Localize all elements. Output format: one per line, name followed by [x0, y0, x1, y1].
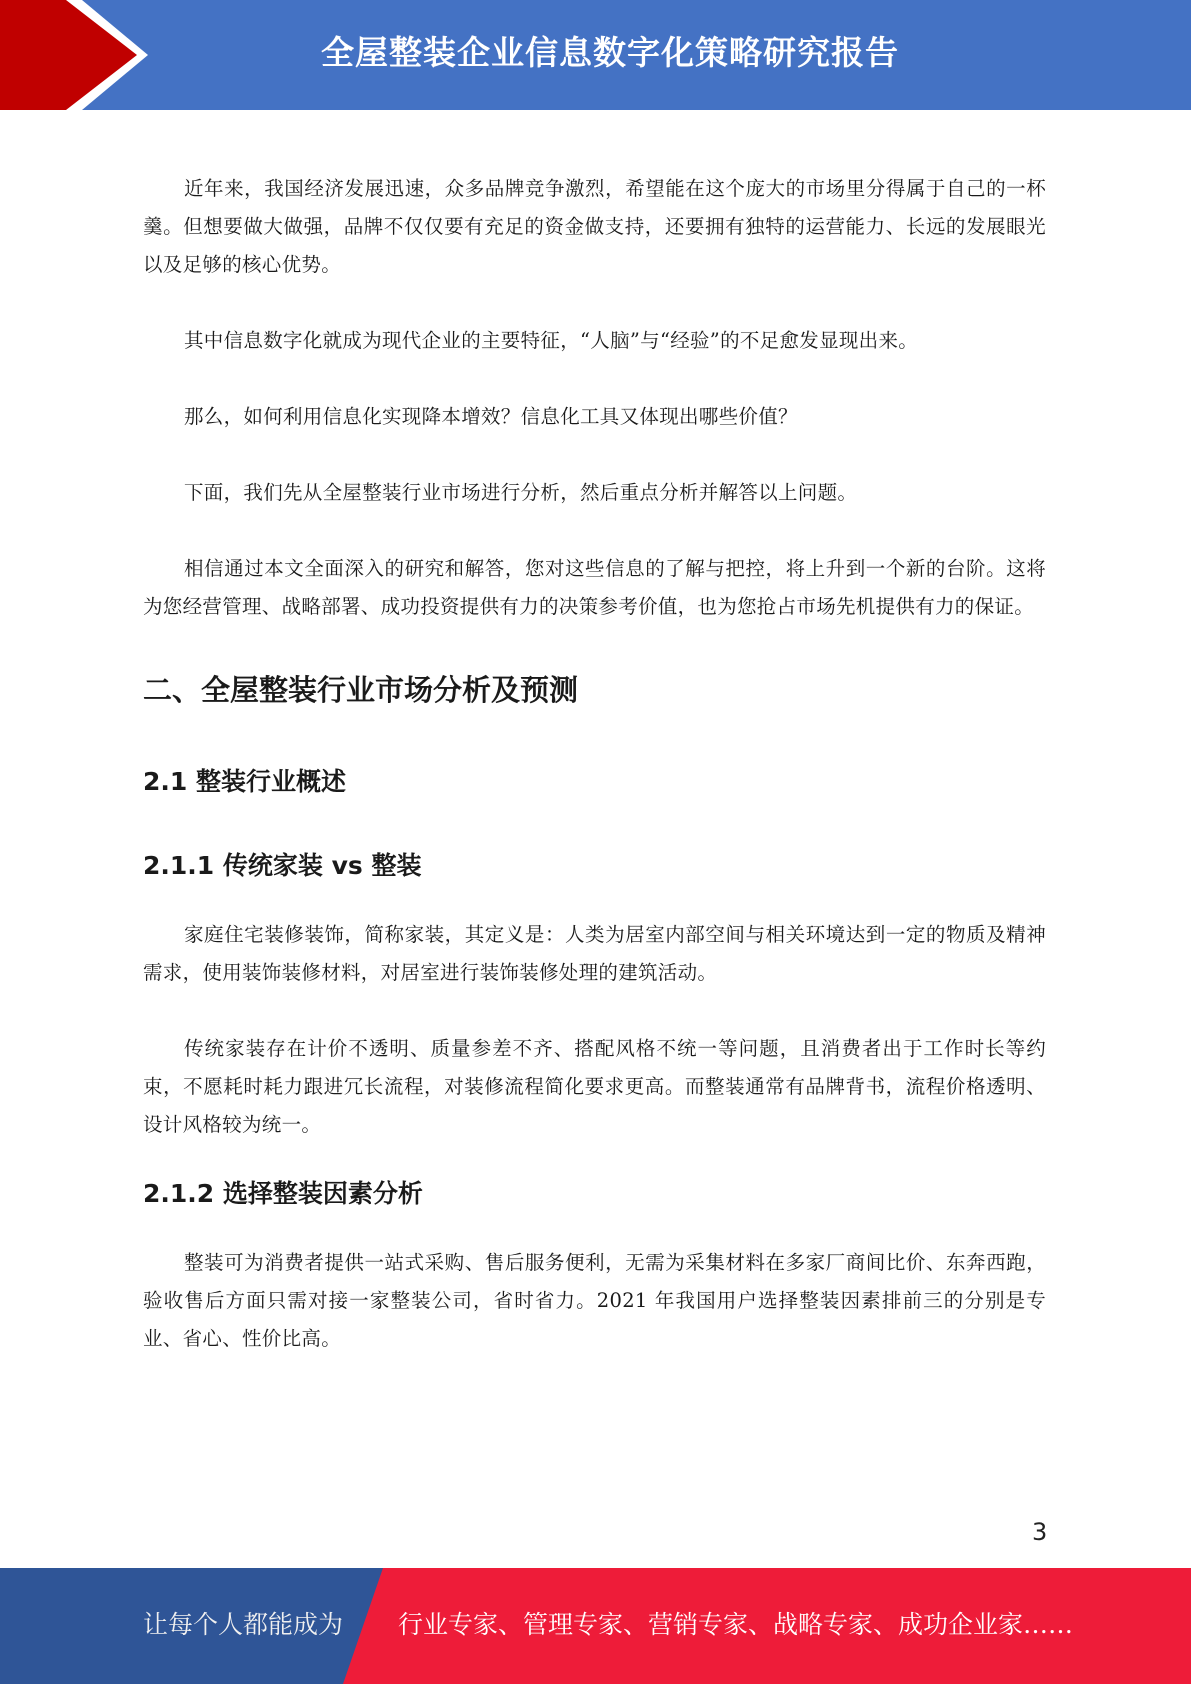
page-content: 近年来，我国经济发展迅速，众多品牌竞争激烈，希望能在这个庞大的市场里分得属于自己…	[143, 170, 1046, 1358]
body-paragraph: 传统家装存在计价不透明、质量参差不齐、搭配风格不统一等问题，且消费者出于工作时长…	[143, 1030, 1046, 1144]
footer-slogan-right: 行业专家、管理专家、营销专家、战略专家、成功企业家……	[398, 1608, 1073, 1642]
header-banner: 全屋整装企业信息数字化策略研究报告	[0, 0, 1191, 110]
section-heading: 二、全屋整装行业市场分析及预测	[143, 670, 1046, 710]
intro-paragraph: 那么，如何利用信息化实现降本增效？信息化工具又体现出哪些价值？	[143, 398, 1046, 436]
subsubsection-heading: 2.1.2 选择整装因素分析	[143, 1176, 1046, 1212]
subsection-heading: 2.1 整装行业概述	[143, 764, 1046, 800]
intro-paragraph: 其中信息数字化就成为现代企业的主要特征，“人脑”与“经验”的不足愈发显现出来。	[143, 322, 1046, 360]
footer-banner: 让每个人都能成为 行业专家、管理专家、营销专家、战略专家、成功企业家……	[0, 1568, 1191, 1684]
intro-paragraph: 近年来，我国经济发展迅速，众多品牌竞争激烈，希望能在这个庞大的市场里分得属于自己…	[143, 170, 1046, 284]
footer-slogan-left: 让每个人都能成为	[143, 1608, 343, 1642]
subsubsection-heading: 2.1.1 传统家装 vs 整装	[143, 848, 1046, 884]
body-paragraph: 整装可为消费者提供一站式采购、售后服务便利，无需为采集材料在多家厂商间比价、东奔…	[143, 1244, 1046, 1358]
intro-paragraph: 下面，我们先从全屋整装行业市场进行分析，然后重点分析并解答以上问题。	[143, 474, 1046, 512]
page-number: 3	[1032, 1518, 1047, 1546]
document-title: 全屋整装企业信息数字化策略研究报告	[300, 28, 920, 78]
body-paragraph: 家庭住宅装修装饰，简称家装，其定义是：人类为居室内部空间与相关环境达到一定的物质…	[143, 916, 1046, 992]
intro-paragraph: 相信通过本文全面深入的研究和解答，您对这些信息的了解与把控，将上升到一个新的台阶…	[143, 550, 1046, 626]
